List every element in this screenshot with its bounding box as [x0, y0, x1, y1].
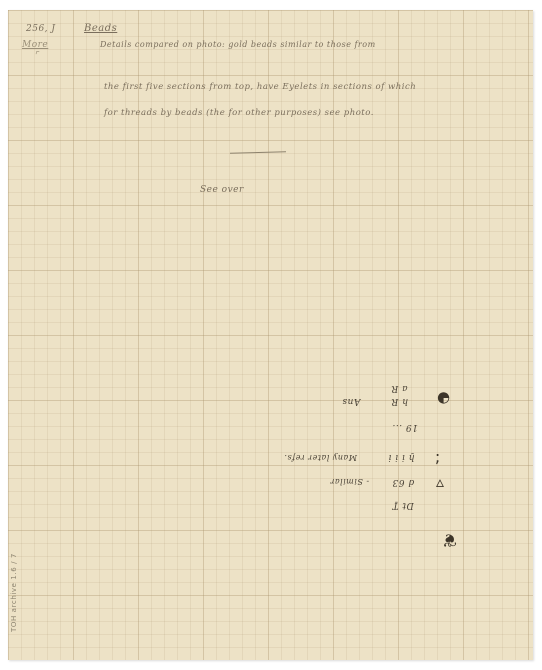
divider-rule	[230, 151, 286, 153]
inverted-row-4-text: d 63	[392, 477, 414, 487]
inverted-row-4-note: - Similar	[330, 477, 369, 486]
vessel-sign-icon: ▿	[436, 476, 444, 492]
page-title: Beads	[84, 23, 117, 34]
inverted-row-1-text: h R	[391, 396, 408, 406]
inverted-row-3-note: Many later refs.	[284, 453, 357, 462]
notebook-page: 256, J Beads More ⌜ Details compared on …	[8, 10, 533, 660]
see-over-note: See over	[200, 185, 244, 195]
inverted-row-5-text: Dt Ṯ	[392, 500, 414, 510]
body-line-3: for threads by beads (the for other purp…	[104, 108, 374, 118]
margin-note: More	[22, 40, 48, 50]
coil-sign-icon: ؛	[435, 451, 440, 467]
reference-number: 256, J	[26, 24, 56, 34]
bird-sign-icon: ❦	[442, 530, 457, 548]
body-line-2: the first five sections from top, have E…	[104, 82, 416, 92]
mouth-sign-icon: ◕	[437, 391, 450, 406]
margin-mark: ⌜	[34, 51, 39, 61]
inverted-row-3-text: ḫ i i i	[388, 452, 415, 462]
inverted-row-1-note: Ans	[342, 396, 360, 406]
inverted-row-0-text: a R	[391, 383, 408, 393]
inverted-row-2-text: 19 ...	[392, 422, 418, 432]
body-line-1: Details compared on photo: gold beads si…	[100, 40, 376, 49]
vertical-margin-note: TOH archive 1.6 / 7	[10, 553, 18, 632]
